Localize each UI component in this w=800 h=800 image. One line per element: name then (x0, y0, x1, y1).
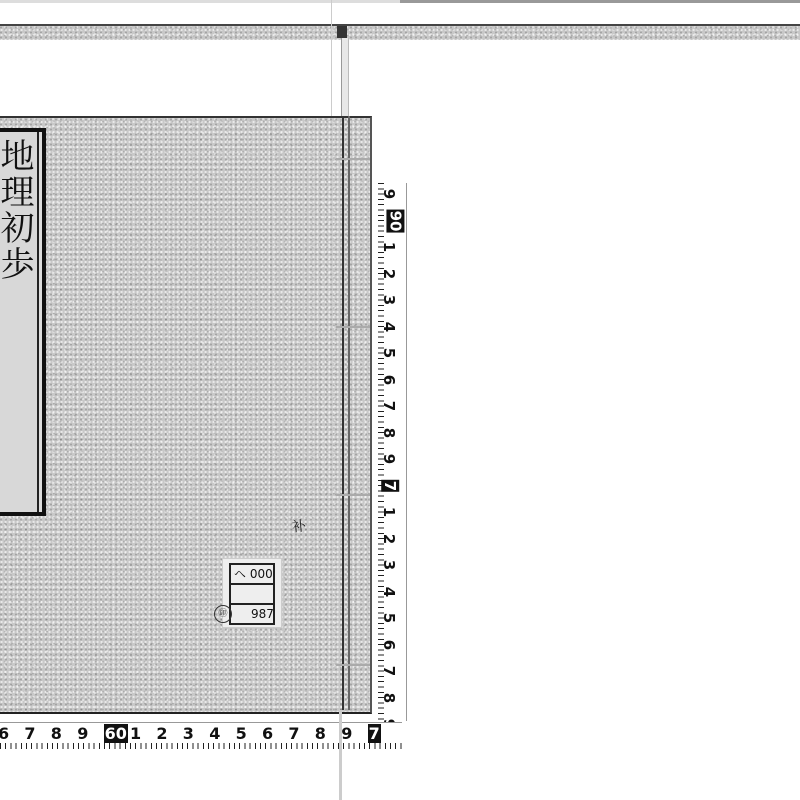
page-edge-strip (0, 24, 800, 40)
ruler-label: 8 (315, 724, 326, 743)
ruler-label: 1 (380, 242, 398, 252)
binding-stitch (336, 664, 370, 666)
ruler-label: 8 (380, 427, 398, 437)
ruler-label: 6 (0, 724, 9, 743)
ruler-label: 5 (380, 348, 398, 358)
ruler-label: 2 (380, 533, 398, 543)
ruler-label: 3 (380, 295, 398, 305)
ruler-label: 1 (380, 507, 398, 517)
ruler-label: 4 (209, 724, 220, 743)
handwritten-note: 补 (291, 515, 307, 536)
ruler-label: 6 (380, 639, 398, 649)
ruler-label: 1 (130, 724, 141, 743)
label-row: 987 (229, 605, 275, 625)
book-title: 地理初歩 (2, 138, 38, 282)
ruler-label: 4 (380, 586, 398, 596)
bottom-thread (339, 710, 342, 800)
ruler-label: 8 (51, 724, 62, 743)
binding-line (348, 116, 350, 710)
ruler-label: 8 (380, 692, 398, 702)
ruler-label: 9 (380, 454, 398, 464)
ruler-label: 90 (386, 209, 404, 232)
ruler-label: 7 (288, 724, 299, 743)
ruler-label: 60 (104, 724, 128, 743)
book-cover (0, 116, 372, 714)
label-row: ヘ 000 (229, 563, 275, 585)
ruler-label: 9 (380, 189, 398, 199)
ruler-label: 6 (262, 724, 273, 743)
ruler-label: 7 (380, 401, 398, 411)
fold-line (331, 0, 332, 120)
seal-stamp-icon: ㊞ (214, 605, 232, 623)
ruler-label: 7 (368, 724, 381, 743)
spine-tab (337, 26, 347, 38)
ruler-label: 9 (341, 724, 352, 743)
label-row (229, 585, 275, 605)
binding-stitch (336, 158, 370, 160)
stitched-binding (336, 116, 370, 710)
ruler-label: 7 (381, 479, 399, 491)
scan-top-edge-dark (400, 0, 800, 3)
vertical-ruler: 9901234567897123456789 (378, 183, 407, 721)
ruler-label: 6 (380, 374, 398, 384)
ruler-label: 3 (380, 560, 398, 570)
binding-stitch (336, 494, 370, 496)
ruler-label: 3 (183, 724, 194, 743)
binding-stitch (336, 326, 370, 328)
ruler-label: 9 (77, 724, 88, 743)
ruler-label: 2 (156, 724, 167, 743)
spine-thread (341, 38, 349, 118)
ruler-label: 4 (380, 321, 398, 331)
ruler-label: 7 (380, 666, 398, 676)
ruler-label: 7 (24, 724, 35, 743)
binding-line (342, 116, 344, 710)
ruler-label: 5 (236, 724, 247, 743)
ruler-label: 2 (380, 268, 398, 278)
ruler-label: 5 (380, 613, 398, 623)
